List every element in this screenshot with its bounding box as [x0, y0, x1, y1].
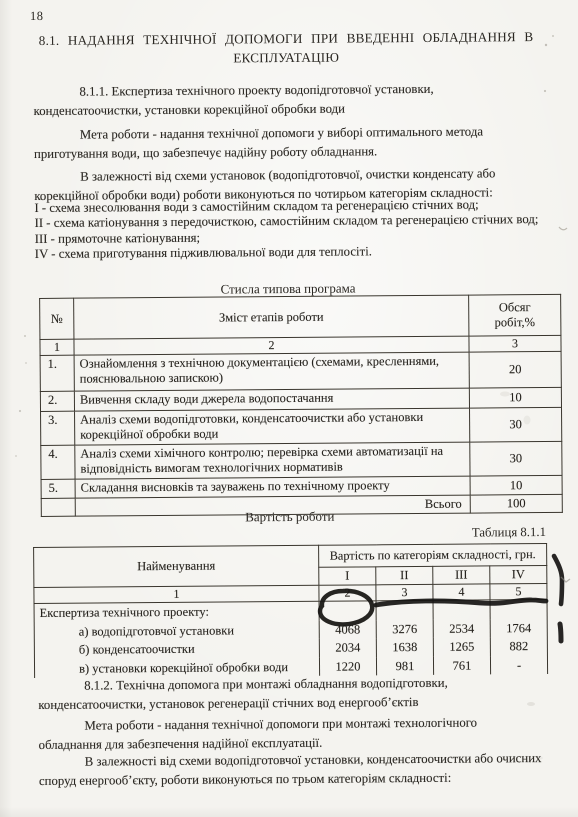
- col-number: 4: [433, 584, 490, 600]
- program-header-content: Зміст етапів роботи: [74, 295, 469, 339]
- empty-cell: [376, 600, 433, 619]
- paragraph-purpose-8-1-1: Мета роботи - надання технічної допомоги…: [34, 122, 539, 164]
- row-value: 20: [469, 351, 561, 388]
- row-value: 10: [470, 475, 562, 495]
- col-number: 3: [469, 335, 561, 352]
- row-value: -: [490, 655, 547, 674]
- page-number: 18: [30, 9, 44, 24]
- scanned-document-page: { "page": { "page_number": "18" }, "colo…: [0, 0, 578, 817]
- cost-section-title: Вартість роботи: [40, 507, 540, 527]
- empty-cell: [490, 599, 547, 618]
- document-sheet: 18 8.1. НАДАННЯ ТЕХНІЧНОЇ ДОПОМОГИ ПРИ В…: [0, 0, 578, 817]
- row-value: 1764: [490, 618, 547, 637]
- col-number: 2: [319, 585, 376, 601]
- row-value: 1220: [319, 657, 376, 676]
- row-name: а) водопідготовчої установки: [34, 620, 319, 641]
- program-header-num: №: [40, 298, 74, 339]
- category-header: ІІ: [376, 566, 433, 584]
- group-label: Експертиза технічного проекту:: [34, 601, 319, 622]
- row-value: 1265: [433, 637, 490, 656]
- category-list: І - схема знесолювання води з самостійни…: [34, 197, 539, 263]
- row-num: 4.: [41, 445, 75, 479]
- program-header-volume: Обсяг робіт,%: [469, 294, 561, 336]
- row-value: 30: [470, 441, 562, 476]
- row-value: 882: [490, 637, 547, 656]
- section-heading-8-1: 8.1. НАДАННЯ ТЕХНІЧНОЇ ДОПОМОГИ ПРИ ВВЕД…: [36, 27, 536, 69]
- row-value: 4068: [319, 620, 376, 639]
- table-row: 4. Аналіз схеми хімічного контролю; пере…: [41, 441, 562, 479]
- row-value: 1638: [376, 638, 433, 657]
- category-header: ІІІ: [433, 566, 490, 584]
- empty-cell: [319, 601, 376, 620]
- row-value: 981: [376, 656, 433, 675]
- row-num: 2.: [40, 391, 74, 411]
- category-item-4: ІV - схема приготування підживлювальної …: [35, 243, 540, 262]
- program-table: № Зміст етапів роботи Обсяг робіт,% 1 2 …: [39, 294, 563, 517]
- col-number: 5: [490, 583, 547, 599]
- empty-cell: [433, 600, 490, 619]
- row-value: 2534: [433, 619, 490, 638]
- row-value: 30: [470, 407, 562, 442]
- row-text: Аналіз схеми хімічного контролю; перевір…: [75, 442, 470, 479]
- category-header: І: [319, 567, 376, 585]
- program-table-header-row: № Зміст етапів роботи Обсяг робіт,%: [40, 294, 561, 339]
- section-heading-8-1-2: 8.1.2. Технічна допомога при монтажі обл…: [38, 673, 543, 715]
- row-text: Аналіз схеми водопідготовки, конденсатоо…: [75, 408, 470, 445]
- row-value: 10: [469, 387, 561, 408]
- row-num: 1.: [40, 355, 74, 391]
- col-number: 3: [376, 584, 433, 600]
- row-value: 3276: [376, 619, 433, 638]
- cost-header-group: Вартість по категоріям складності, грн.: [319, 543, 547, 567]
- row-value: 2034: [319, 638, 376, 657]
- table-caption: Таблиця 8.1.1: [472, 525, 546, 541]
- row-num: 3.: [41, 411, 75, 445]
- cost-header-name: Найменування: [34, 545, 319, 587]
- row-value: 761: [433, 656, 490, 675]
- row-num: 5.: [41, 479, 75, 498]
- table-row: 1. Ознайомлення з технічною документаціє…: [40, 351, 561, 391]
- table-row: 3. Аналіз схеми водопідготовки, конденса…: [41, 407, 562, 445]
- col-number: 1: [40, 339, 74, 355]
- cost-table: Найменування Вартість по категоріям скла…: [33, 543, 548, 678]
- row-text: Ознайомлення з технічною документацією (…: [74, 352, 469, 391]
- row-name: б) конденсатоочистки: [34, 639, 319, 660]
- paragraph-categories-8-1-2: В залежності від схеми водопідготовчої у…: [39, 749, 544, 791]
- category-header: ІV: [490, 565, 547, 583]
- section-heading-8-1-1: 8.1.1. Експертиза технічного проекту вод…: [33, 79, 538, 121]
